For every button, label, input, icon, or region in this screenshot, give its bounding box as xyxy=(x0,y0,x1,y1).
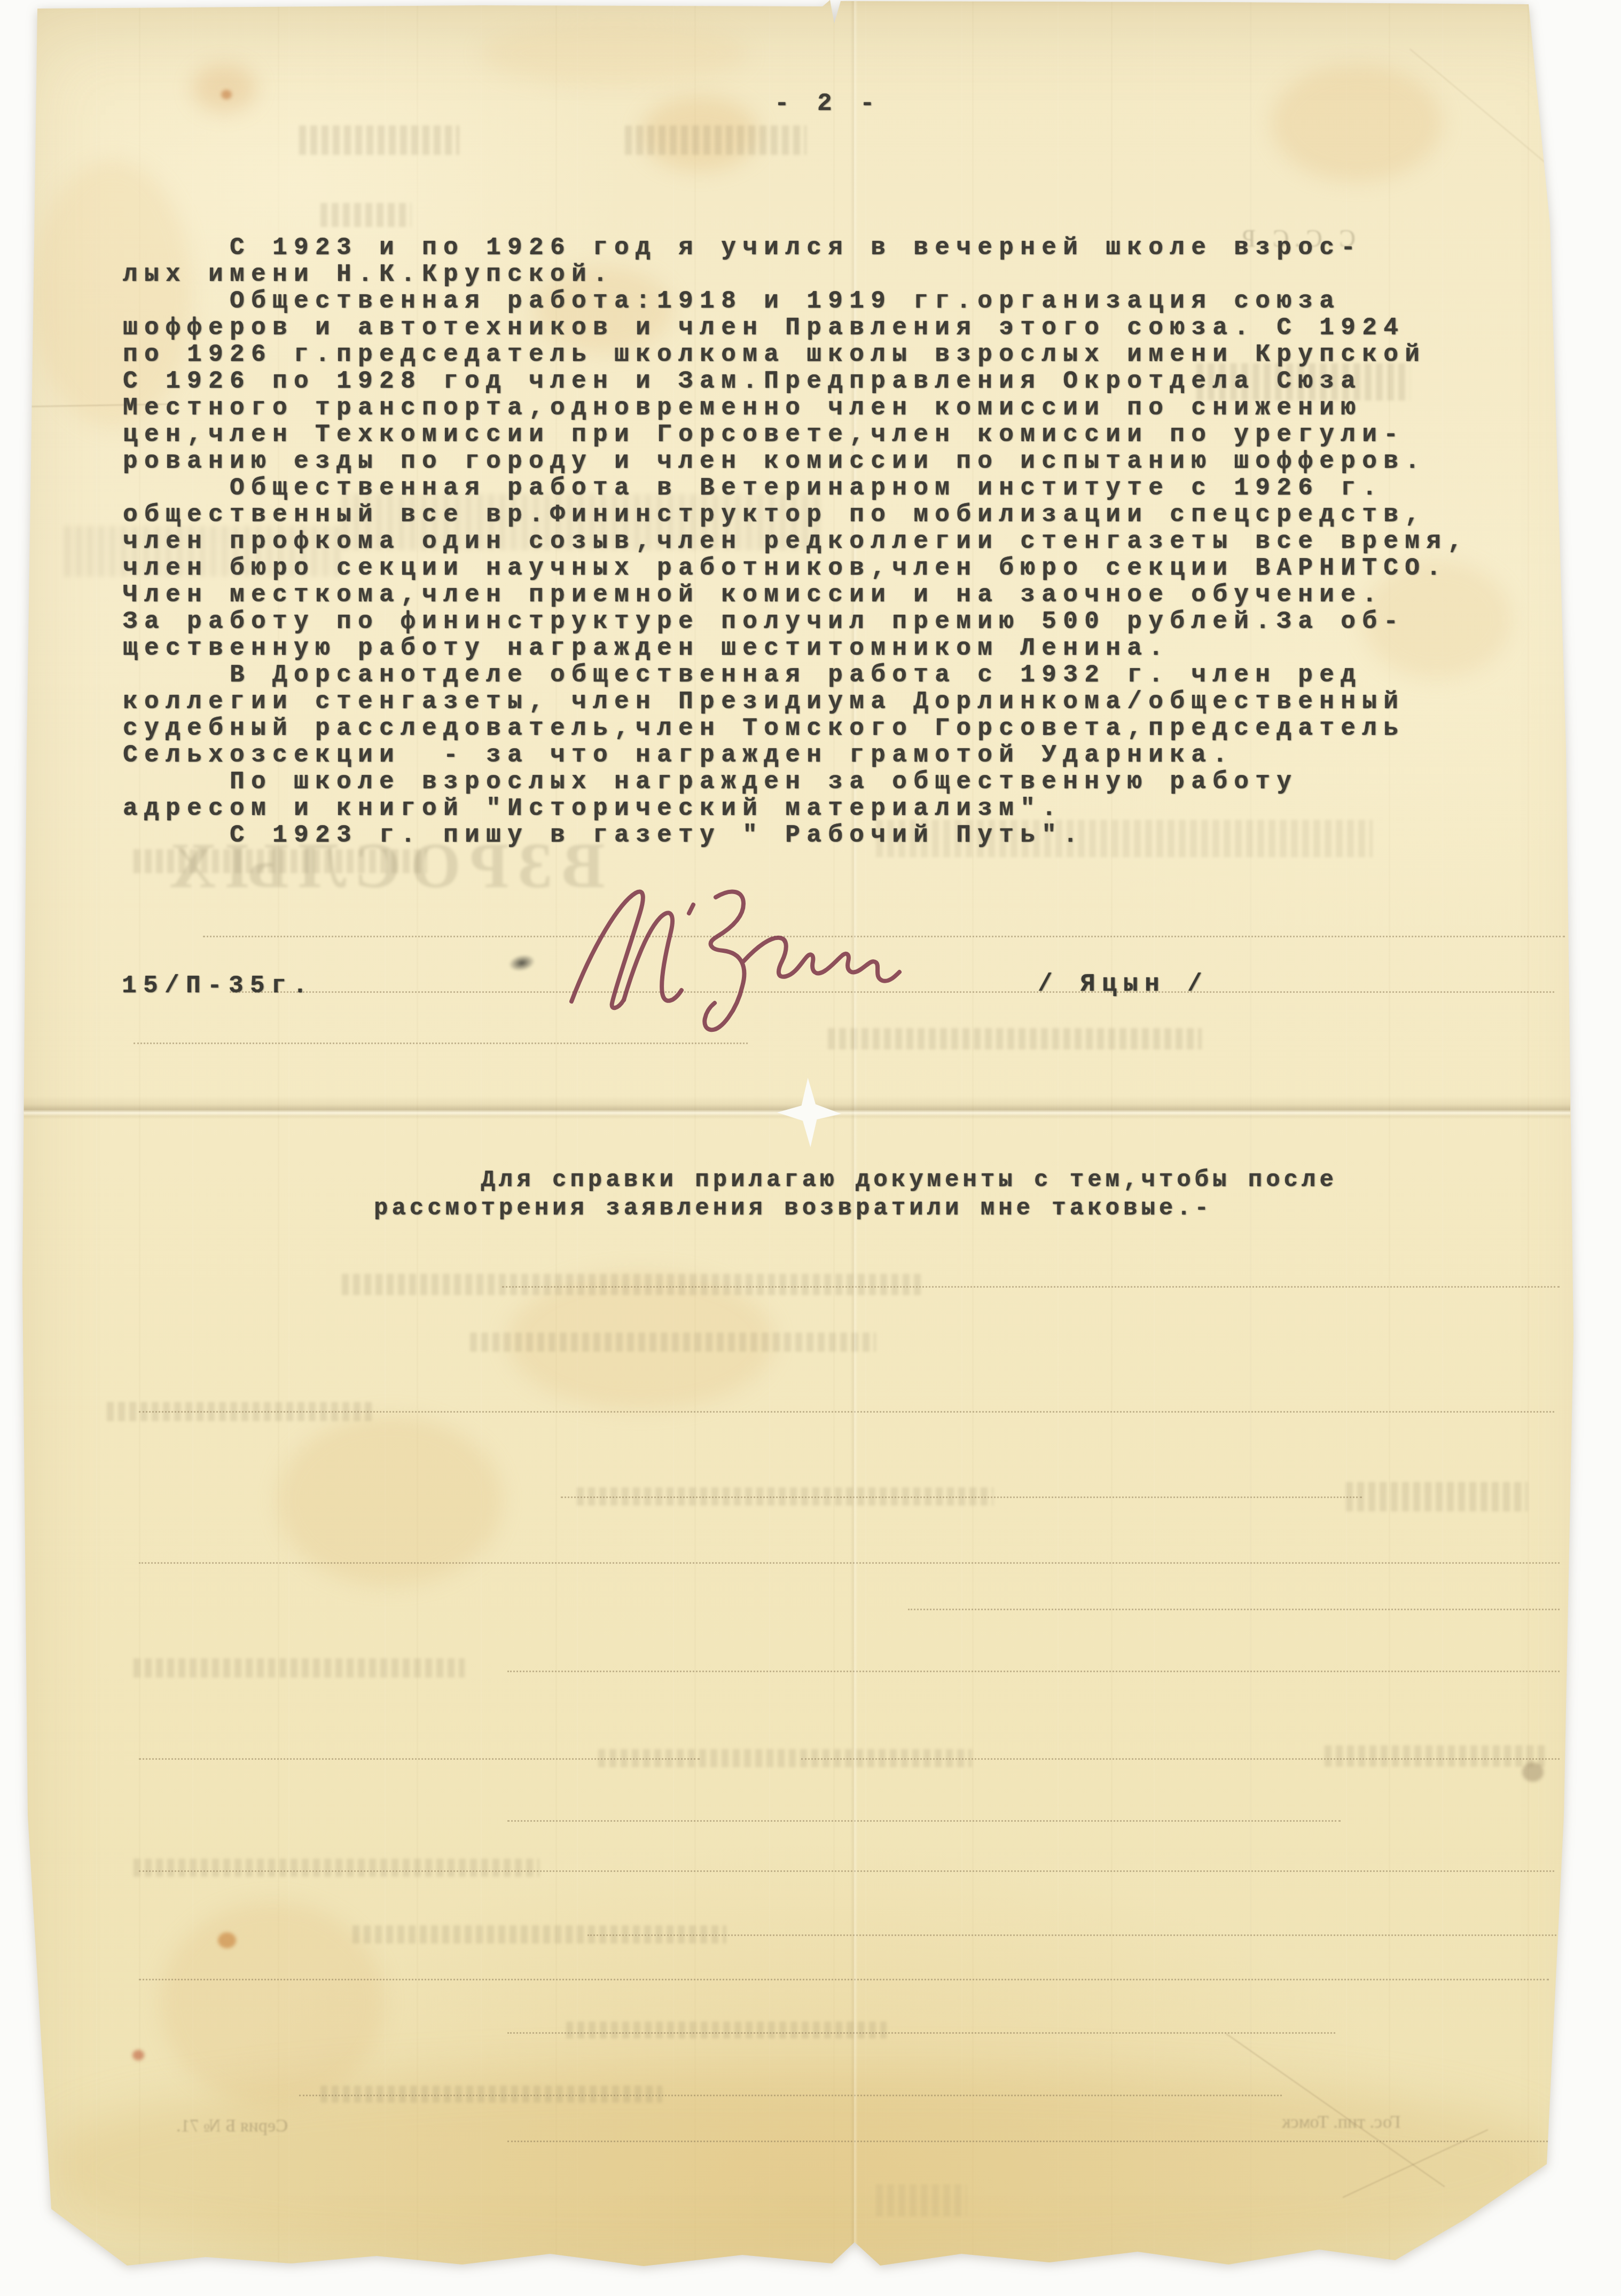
handwriting-bleedthrough xyxy=(876,2184,967,2216)
typed-line: Сельхозсекции - за что награжден грамото… xyxy=(123,742,1469,769)
bleedthrough-smudge xyxy=(320,2086,662,2103)
page-number: - 2 - xyxy=(774,90,881,117)
typed-line: член профкома один созыв,член редколлеги… xyxy=(123,528,1469,555)
paper-stain xyxy=(1271,64,1442,182)
bleedthrough-smudge xyxy=(1346,1482,1528,1511)
bleedthrough-dotted-line xyxy=(507,2032,1335,2034)
typed-line: общественный все вр.Фининструктор по моб… xyxy=(123,501,1469,528)
bleedthrough-dotted-line xyxy=(561,1496,1362,1498)
typed-line: За работу по фининструктуре получил прем… xyxy=(123,608,1469,635)
typed-line: С 1926 по 1928 год член и Зам.Предправле… xyxy=(123,368,1469,395)
ink-blot xyxy=(507,952,536,974)
signature-date: 15/П-35г. xyxy=(122,972,314,1000)
bleedthrough-smudge xyxy=(625,126,806,155)
typed-line: С 1923 г. пишу в газету " Рабочий Путь". xyxy=(123,822,1469,849)
rust-spot xyxy=(132,2050,144,2060)
rust-spot xyxy=(218,1932,236,1948)
bleedthrough-smudge xyxy=(134,1658,465,1678)
paper-stain xyxy=(481,21,748,85)
paper-sheet: С.С.С.Р. ВЗРОСЛЫХ Серия Б № 71. Гос. тип… xyxy=(0,0,1621,2296)
typed-line: лых имени Н.К.Крупской. xyxy=(123,261,1469,288)
paper-surface: С.С.С.Р. ВЗРОСЛЫХ Серия Б № 71. Гос. тип… xyxy=(0,0,1621,2296)
typed-line: рассмотрения заявления возвратили мне та… xyxy=(374,1195,1337,1223)
typed-line: шофферов и автотехников и член Правления… xyxy=(123,315,1469,341)
bleedthrough-dotted-line xyxy=(139,1979,1549,1980)
bleedthrough-dotted-line xyxy=(139,1562,1560,1564)
typed-line: Общественная работа:1918 и 1919 гг.орган… xyxy=(123,288,1469,315)
paper-stain xyxy=(53,2072,1549,2264)
typed-line: цен,член Техкомиссии при Горсовете,член … xyxy=(123,421,1469,448)
bleedthrough-dotted-line xyxy=(507,1671,1560,1672)
bleedthrough-dotted-line xyxy=(588,1934,1560,1936)
bleedthrough-dotted-line xyxy=(299,2095,1282,2096)
typed-line: судебный расследователь,член Томского Го… xyxy=(123,715,1469,742)
typed-line: коллегии стенгазеты, член Президиума Дор… xyxy=(123,688,1469,715)
typed-line: по 1926 г.председатель школкома школы вз… xyxy=(123,341,1469,368)
bleedthrough-dotted-line xyxy=(139,1411,1554,1413)
bleedthrough-smudge xyxy=(1325,1745,1549,1767)
rust-spot xyxy=(221,90,232,99)
tear-hole xyxy=(777,1078,841,1147)
typed-line: Общественная работа в Ветеринарном инсти… xyxy=(123,475,1469,501)
paper-stain xyxy=(278,1415,502,1586)
signature-script xyxy=(555,881,919,1041)
typed-line: адресом и книгой "Исторический материали… xyxy=(123,795,1469,822)
bleedthrough-dotted-line xyxy=(801,1758,1560,1760)
scanned-document-page: С.С.С.Р. ВЗРОСЛЫХ Серия Б № 71. Гос. тип… xyxy=(0,0,1621,2296)
typed-line: щественную работу награжден шеститомнико… xyxy=(123,635,1469,662)
typed-line: член бюро секции научных работников,член… xyxy=(123,555,1469,582)
typed-line: В Дорсанотделе общественная работа с 193… xyxy=(123,662,1469,688)
bleedthrough-dotted-line xyxy=(502,1286,1560,1288)
typed-line: Для справки прилагаю документы с тем,что… xyxy=(374,1166,1337,1195)
paper-stain xyxy=(192,64,256,112)
typed-closing: Для справки прилагаю документы с тем,что… xyxy=(374,1138,1337,1223)
typed-line: рованию езды по городу и член комиссии п… xyxy=(123,448,1469,475)
signature-name: / Яцын / xyxy=(1038,970,1209,998)
bleedthrough-smudge xyxy=(299,126,459,155)
bleedthrough-dotted-line xyxy=(134,1043,748,1044)
typed-body: С 1923 и по 1926 год я учился в вечерней… xyxy=(123,206,1469,849)
bleedthrough-dotted-line xyxy=(139,1870,1554,1872)
bleedthrough-smudge xyxy=(470,1333,876,1352)
typed-line: Местного транспорта,одновременно член ко… xyxy=(123,395,1469,421)
bleedthrough-dotted-line xyxy=(908,1609,1560,1610)
bleedthrough-smudge xyxy=(566,2021,887,2039)
bleedthrough-dotted-line xyxy=(139,1758,700,1760)
typed-line: С 1923 и по 1926 год я учился в вечерней… xyxy=(123,234,1469,261)
paper-stain xyxy=(160,1901,385,2104)
bleedthrough-dotted-line xyxy=(507,2141,1554,2142)
bleedthrough-imprint-left: Серия Б № 71. xyxy=(176,2116,288,2136)
bleedthrough-smudge xyxy=(134,1859,539,1877)
bleedthrough-dotted-line xyxy=(507,1820,1341,1822)
typed-line: По школе взрослых награжден за обществен… xyxy=(123,769,1469,795)
typed-line: Член месткома,член приемной комиссии и н… xyxy=(123,582,1469,608)
bleedthrough-smudge xyxy=(342,1274,924,1295)
